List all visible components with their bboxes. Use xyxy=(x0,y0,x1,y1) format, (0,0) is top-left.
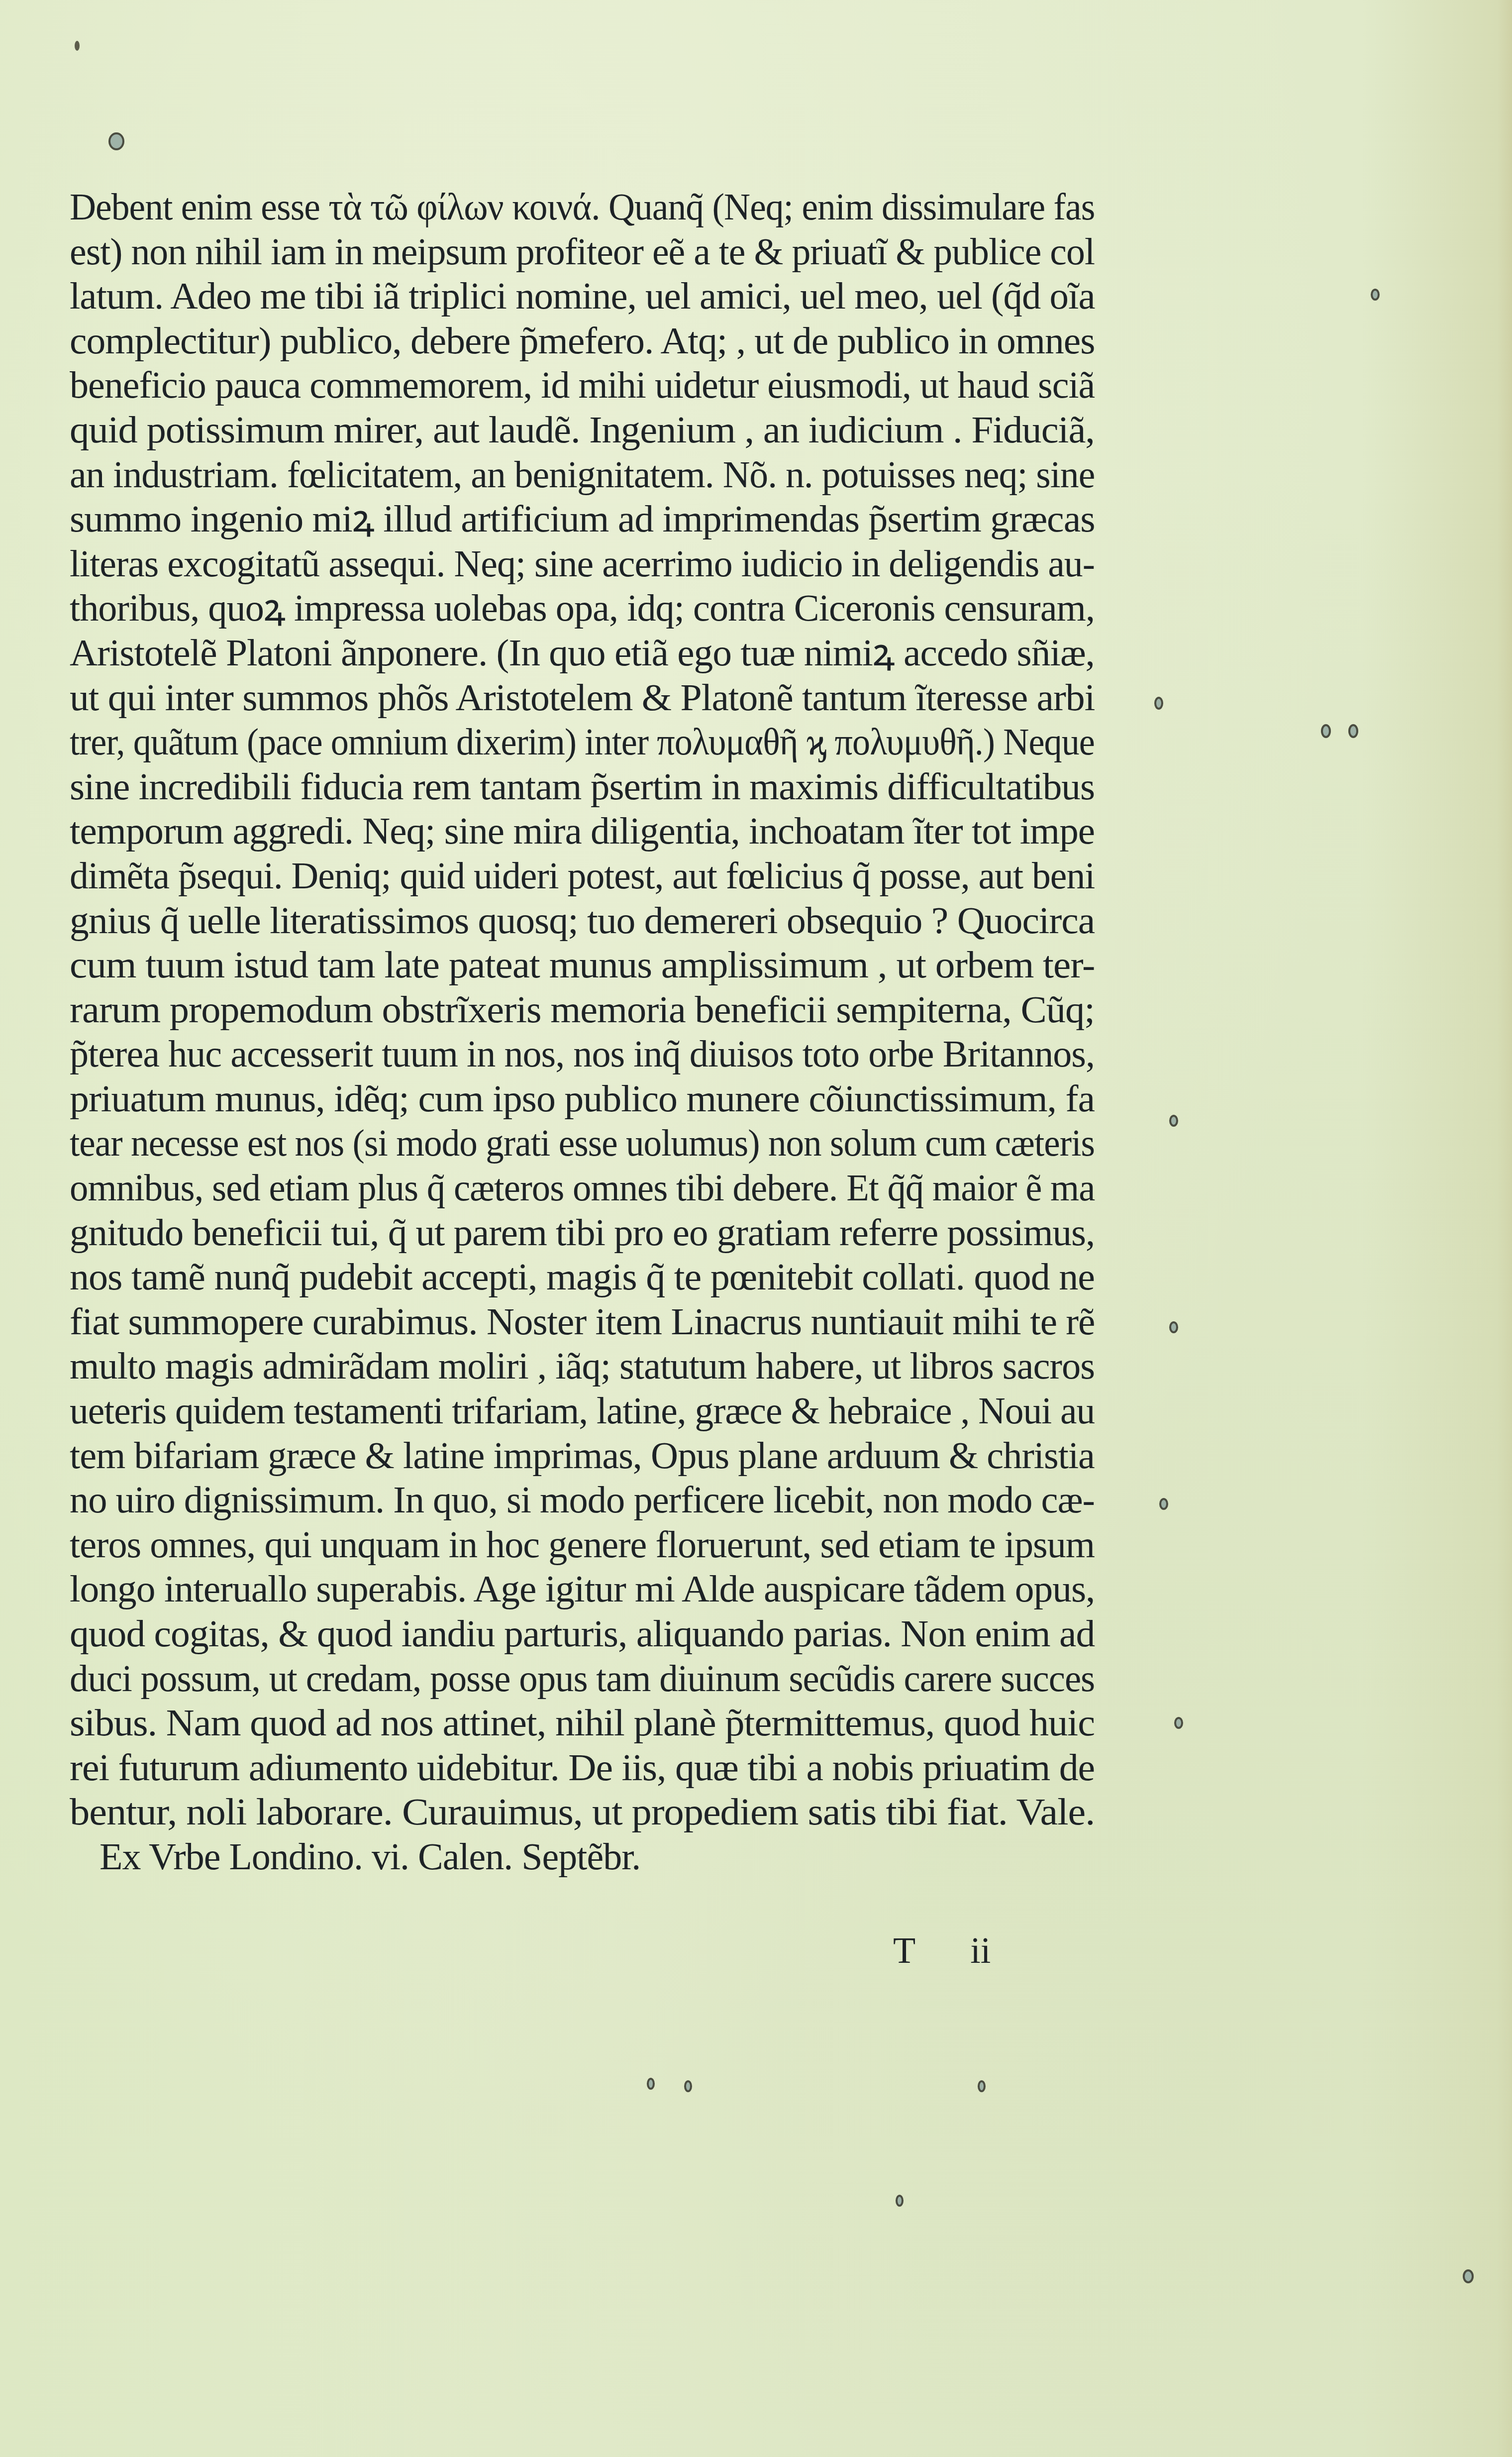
text-line: sibus. Nam quod ad nos attinet, nihil pl… xyxy=(70,1701,1095,1746)
wormhole-decoration xyxy=(896,2195,904,2207)
wormhole-decoration xyxy=(647,2078,655,2090)
signature-number: ii xyxy=(970,1930,991,1972)
text-line: temporum aggredi. Neq; sine mira diligen… xyxy=(70,809,1095,854)
text-line: fiat summopere curabimus. Noster item Li… xyxy=(70,1300,1095,1345)
text-line: no uiro dignissimum. In quo, si modo per… xyxy=(70,1478,1095,1523)
text-line: quid potissimum mirer, aut laudẽ. Ingeni… xyxy=(70,408,1095,453)
wormhole-decoration xyxy=(1169,1321,1178,1333)
text-line: latum. Adeo me tibi iã triplici nomine, … xyxy=(70,274,1095,319)
text-line: bentur, noli laborare. Curauimus, ut pro… xyxy=(70,1790,1095,1835)
signature-mark: T ii xyxy=(893,1930,991,1972)
text-line: rei futurum adiumento uidebitur. De iis,… xyxy=(70,1746,1095,1791)
ink-speck-decoration xyxy=(75,41,80,51)
text-line: summo ingenio miꝝ illud artificium ad im… xyxy=(70,497,1095,542)
text-line: teros omnes, qui unquam in hoc genere fl… xyxy=(70,1523,1095,1568)
text-line: Debent enim esse τὰ τῶ φίλων κοινά. Quan… xyxy=(70,185,1095,230)
wormhole-decoration xyxy=(1463,2269,1474,2283)
text-line: gnius q̃ uelle literatissimos quosq; tuo… xyxy=(70,899,1095,944)
text-line: omnibus, sed etiam plus q̃ cæteros omnes… xyxy=(70,1166,1095,1211)
closing-dateline: Ex Vrbe Londino. vi. Calen. Septẽbr. xyxy=(70,1835,1095,1880)
text-line: est) non nihil iam in meipsum profiteor … xyxy=(70,230,1095,275)
text-line: quod cogitas, & quod iandiu parturis, al… xyxy=(70,1612,1095,1657)
text-line: ut qui inter summos phõs Aristotelem & P… xyxy=(70,676,1095,721)
wormhole-decoration xyxy=(108,132,124,150)
wormhole-decoration xyxy=(1348,724,1358,738)
text-line: thoribus, quoꝝ impressa uolebas opa, idq… xyxy=(70,586,1095,631)
wormhole-decoration xyxy=(978,2080,986,2092)
signature-letter: T xyxy=(893,1930,915,1972)
text-line: tem bifariam græce & latine imprimas, Op… xyxy=(70,1434,1095,1479)
text-line: dimẽta p̃sequi. Deniq; quid uideri potes… xyxy=(70,854,1095,899)
text-line: literas excogitatũ assequi. Neq; sine ac… xyxy=(70,542,1095,587)
text-line: multo magis admirãdam moliri , iãq; stat… xyxy=(70,1344,1095,1389)
book-page: Debent enim esse τὰ τῶ φίλων κοινά. Quan… xyxy=(0,0,1512,2457)
text-line: Aristotelẽ Platoni ãnponere. (In quo eti… xyxy=(70,631,1095,676)
wormhole-decoration xyxy=(1159,1498,1168,1510)
text-line: beneficio pauca commemorem, id mihi uide… xyxy=(70,363,1095,408)
text-line: duci possum, ut credam, posse opus tam d… xyxy=(70,1657,1095,1702)
text-line: cum tuum istud tam late pateat munus amp… xyxy=(70,943,1095,988)
text-line: nos tamẽ nunq̃ pudebit accepti, magis q̃… xyxy=(70,1255,1095,1300)
letter-text-block: Debent enim esse τὰ τῶ φίλων κοινά. Quan… xyxy=(70,185,1095,1880)
text-line: trer, quãtum (pace omnium dixerim) inter… xyxy=(70,720,1095,765)
wormhole-decoration xyxy=(1174,1717,1183,1729)
wormhole-decoration xyxy=(1169,1115,1178,1127)
text-line: longo interuallo superabis. Age igitur m… xyxy=(70,1567,1095,1612)
wormhole-decoration xyxy=(1371,289,1380,301)
wormhole-decoration xyxy=(1154,697,1163,710)
text-line: rarum propemodum obstrĩxeris memoria ben… xyxy=(70,988,1095,1033)
wormhole-decoration xyxy=(1321,724,1331,738)
text-line: gnitudo beneficii tui, q̃ ut parem tibi … xyxy=(70,1211,1095,1256)
text-line: ueteris quidem testamenti trifariam, lat… xyxy=(70,1389,1095,1434)
text-line: complectitur) publico, debere p̃mefero. … xyxy=(70,319,1095,364)
wormhole-decoration xyxy=(684,2080,692,2092)
text-line: sine incredibili fiducia rem tantam p̃se… xyxy=(70,765,1095,810)
text-line: p̃terea huc accesserit tuum in nos, nos … xyxy=(70,1032,1095,1077)
text-line: an industriam. fœlicitatem, an benignita… xyxy=(70,453,1095,498)
text-line: tear necesse est nos (si modo grati esse… xyxy=(70,1121,1095,1166)
text-line: priuatum munus, idẽq; cum ipso publico m… xyxy=(70,1077,1095,1122)
